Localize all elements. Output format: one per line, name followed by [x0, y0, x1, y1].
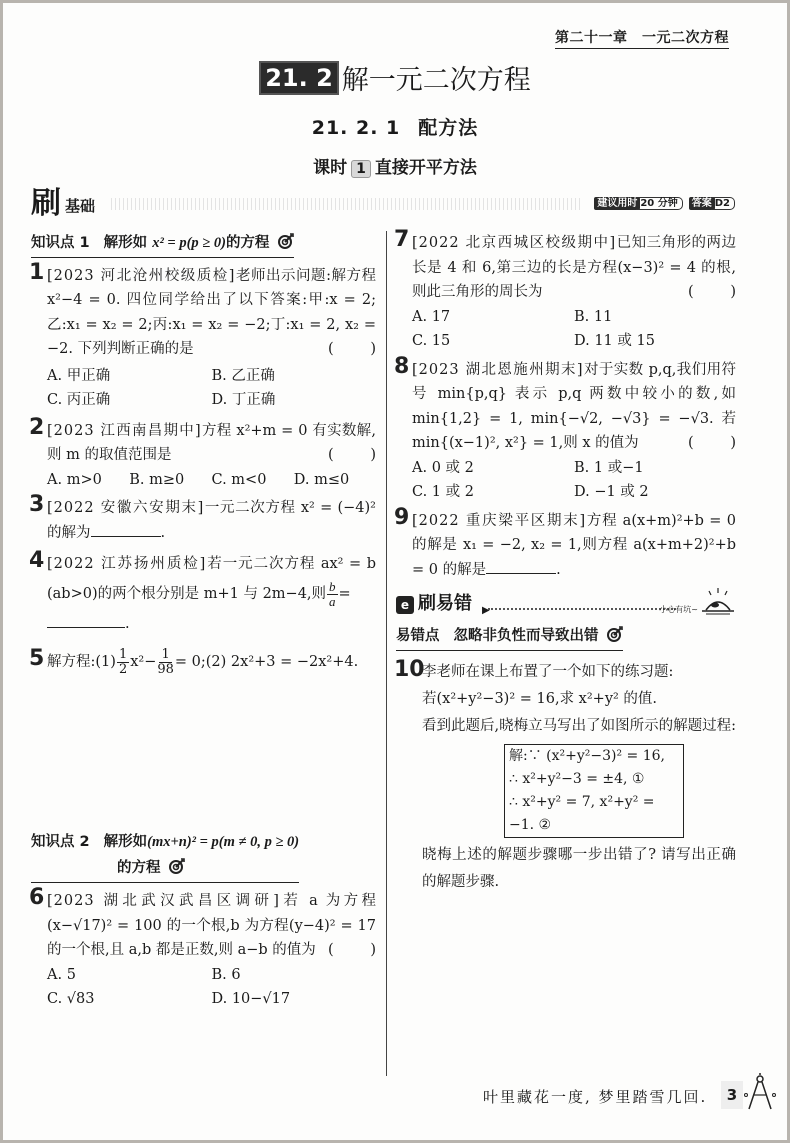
kp-label: 易错点: [396, 628, 440, 644]
kp-label: 知识点 2: [31, 834, 90, 850]
question-source: [2023 江西南昌期中]: [47, 423, 202, 439]
question-number: 9: [394, 506, 409, 531]
option-c[interactable]: C. m<0: [212, 468, 294, 493]
target-icon: [278, 233, 294, 249]
question-6: 6 [2023 湖北武汉武昌区调研]若 a 为方程(x−√17)² = 100 …: [31, 889, 376, 1012]
question-text: [2023 湖北恩施州期末]对于实数 p,q,我们用符号 min{p,q} 表示…: [412, 358, 736, 456]
solution-box: 解:∵ (x²+y²−3)² = 16, ∴ x²+y²−3 = ±4, ① ∴…: [504, 744, 684, 838]
answer-space[interactable]: [31, 679, 376, 829]
option-c[interactable]: C. 15: [412, 329, 574, 354]
answer-blank[interactable]: [486, 558, 556, 574]
question-number: 10: [394, 656, 425, 683]
kp-suffix: 的方程: [31, 860, 161, 876]
option-b[interactable]: B. m≥0: [129, 468, 211, 493]
sun-mascot-icon: [700, 586, 736, 616]
error-note: 小心有坑~: [659, 598, 698, 623]
answer-paren[interactable]: (): [328, 337, 376, 362]
compass-icon: [743, 1073, 777, 1113]
question-text: [2022 安徽六安期末]一元二次方程 x² = (−4)² 的解为.: [47, 496, 376, 545]
solution-line-3: ∴ x²+y² = 7, x²+y² = −1. ②: [509, 791, 679, 837]
target-icon: [607, 626, 623, 642]
option-a[interactable]: A. m>0: [47, 468, 129, 493]
question-text: [2023 江西南昌期中]方程 x²+m = 0 有实数解,则 m 的取值范围是…: [47, 419, 376, 468]
options: A. m>0 B. m≥0 C. m<0 D. m≤0: [47, 468, 376, 493]
kp-label: 知识点 1: [31, 235, 90, 251]
question-5: 5 解方程:(1)12x²−198= 0;(2) 2x²+3 = −2x²+4.: [31, 647, 376, 677]
kp-math: x² = p(p ≥ 0): [152, 235, 226, 251]
question-body-2: x²−: [130, 654, 156, 670]
question-text: 李老师在课上布置了一个如下的练习题: 若(x²+y²−3)² = 16,求 x²…: [422, 659, 736, 740]
question-body: 李老师在课上布置了一个如下的练习题:: [422, 659, 736, 686]
question-source: [2023 湖北恩施州期末]: [412, 362, 584, 378]
option-a[interactable]: A. 甲正确: [47, 364, 212, 389]
question-9: 9 [2022 重庆梁平区期末]方程 a(x+m)²+b = 0 的解是 x₁ …: [396, 509, 736, 583]
left-column: 知识点 1解形如 x² = p(p ≥ 0)的方程 1 [2023 河北沧州校级…: [31, 231, 376, 1014]
question-7: 7 [2022 北京西城区校级期中]已知三角形的两边长是 4 和 6,第三边的长…: [396, 231, 736, 354]
question-number: 3: [29, 493, 44, 518]
subsection-title: 21. 2. 1配方法: [3, 113, 787, 140]
question-text: [2023 湖北武汉武昌区调研]若 a 为方程(x−√17)² = 100 的一…: [47, 889, 376, 963]
brush-char: 刷: [31, 188, 61, 220]
arrow-icon: ▶: [482, 599, 490, 624]
question-body: 若一元二次方程 ax² = b: [206, 556, 376, 572]
question-source: [2022 重庆梁平区期末]: [412, 513, 586, 529]
question-number: 4: [29, 546, 44, 576]
section-label: 基础: [65, 195, 95, 216]
kp-suffix: 的方程: [226, 235, 270, 251]
option-d[interactable]: D. 10−√17: [212, 987, 377, 1012]
section-name: 解一元二次方程: [342, 65, 531, 96]
column-divider: [386, 231, 387, 1076]
question-text: [2022 重庆梁平区期末]方程 a(x+m)²+b = 0 的解是 x₁ = …: [412, 509, 736, 583]
knowledge-point-2-title: 知识点 2解形如(mx+n)² = p(m ≠ 0, p ≥ 0) 的方程: [31, 829, 299, 883]
error-point-title: 易错点忽略非负性而导致出错: [396, 624, 623, 651]
answer-blank[interactable]: [91, 521, 161, 537]
question-text: [2022 江苏扬州质检]若一元二次方程 ax² = b (ab>0)的两个根分…: [47, 549, 376, 639]
fraction-2: 198: [157, 648, 174, 677]
error-icon: e: [396, 596, 414, 614]
option-d[interactable]: D. 丁正确: [212, 388, 377, 413]
question-body-3: 看到此题后,晓梅立马写出了如图所示的解题过程:: [422, 713, 736, 740]
punct: .: [125, 616, 130, 632]
time-label: 建议用时: [594, 197, 640, 210]
option-b[interactable]: B. 6: [212, 963, 377, 988]
subsection-number: 21. 2. 1: [312, 117, 401, 139]
kp-prefix: 解形如: [104, 834, 148, 850]
kp-prefix: 解形如: [104, 235, 148, 251]
answer-blank[interactable]: [47, 612, 125, 628]
solution-line-1: 解:∵ (x²+y²−3)² = 16,: [509, 745, 679, 768]
option-b[interactable]: B. 11: [574, 305, 736, 330]
question-body-4: 晓梅上述的解题步骤哪一步出错了? 请写出正确的解题步骤.: [422, 842, 736, 896]
options: A. 0 或 2 B. 1 或−1 C. 1 或 2 D. −1 或 2: [412, 456, 736, 505]
option-c[interactable]: C. 1 或 2: [412, 480, 574, 505]
options: A. 甲正确 B. 乙正确 C. 丙正确 D. 丁正确: [47, 364, 376, 413]
answer-page: D2: [711, 197, 735, 210]
lesson-title: 课时1直接开平方法: [3, 153, 787, 178]
numerator: 1: [117, 648, 129, 663]
option-a[interactable]: A. 5: [47, 963, 212, 988]
option-a[interactable]: A. 0 或 2: [412, 456, 574, 481]
answer-paren[interactable]: (): [688, 280, 736, 305]
error-section-label: 刷易错: [418, 592, 472, 617]
denominator: 2: [119, 663, 127, 677]
option-d[interactable]: D. 11 或 15: [574, 329, 736, 354]
question-number: 1: [29, 261, 44, 286]
option-d[interactable]: D. −1 或 2: [574, 480, 736, 505]
punct: .: [161, 525, 166, 541]
question-1: 1 [2023 河北沧州校级质检]老师出示问题:解方程 x²−4 = 0. 四位…: [31, 264, 376, 413]
option-a[interactable]: A. 17: [412, 305, 574, 330]
right-column: 7 [2022 北京西城区校级期中]已知三角形的两边长是 4 和 6,第三边的长…: [396, 231, 736, 1018]
question-text: [2023 河北沧州校级质检]老师出示问题:解方程 x²−4 = 0. 四位同学…: [47, 264, 376, 362]
answer-paren[interactable]: (): [328, 938, 376, 963]
lesson-number-badge: 1: [351, 160, 371, 178]
kp-math: (mx+n)² = p(m ≠ 0, p ≥ 0): [147, 834, 299, 850]
answer-paren[interactable]: (): [328, 443, 376, 468]
question-4: 4 [2022 江苏扬州质检]若一元二次方程 ax² = b (ab>0)的两个…: [31, 549, 376, 639]
error-prone-banner: e 刷易错 ▶ 小心有坑~: [396, 592, 736, 620]
time-badges: 建议用时20 分钟 答案D2: [594, 194, 735, 209]
subsection-name: 配方法: [418, 117, 478, 139]
question-body-2: 若(x²+y²−3)² = 16,求 x²+y² 的值.: [422, 686, 736, 713]
question-text: [2022 北京西城区校级期中]已知三角形的两边长是 4 和 6,第三边的长是方…: [412, 231, 736, 305]
target-icon: [169, 858, 185, 874]
question-number: 8: [394, 355, 409, 380]
lesson-prefix: 课时: [313, 158, 347, 178]
question-source: [2023 湖北武汉武昌区调研]: [47, 893, 280, 909]
numerator: b: [327, 580, 338, 595]
option-c[interactable]: C. 丙正确: [47, 388, 212, 413]
question-number: 5: [29, 644, 44, 674]
question-body: 解方程:(1): [47, 654, 116, 670]
kp-title-text: 忽略非负性而导致出错: [454, 628, 599, 644]
question-body-2: (ab>0)的两个根分别是 m+1 与 2m−4,则: [47, 586, 326, 602]
question-10: 10 李老师在课上布置了一个如下的练习题: 若(x²+y²−3)² = 16,求…: [396, 659, 736, 896]
section-title: 21. 2解一元二次方程: [3, 58, 787, 97]
footer-quote: 叶里藏花一度, 梦里踏雪几回.: [483, 1086, 707, 1107]
option-c[interactable]: C. √83: [47, 987, 212, 1012]
question-body-3: = 0;(2) 2x²+3 = −2x²+4.: [175, 654, 358, 670]
options: A. 17 B. 11 C. 15 D. 11 或 15: [412, 305, 736, 354]
equals: =: [339, 586, 351, 602]
dotted-line: [488, 608, 676, 610]
question-number: 6: [29, 886, 44, 911]
question-number: 2: [29, 416, 44, 441]
question-source: [2022 江苏扬州质检]: [47, 556, 206, 572]
option-b[interactable]: B. 1 或−1: [574, 456, 736, 481]
question-number: 7: [394, 228, 409, 253]
solution-line-2: ∴ x²+y²−3 = ±4, ①: [509, 768, 679, 791]
option-d[interactable]: D. m≤0: [294, 468, 376, 493]
option-b[interactable]: B. 乙正确: [212, 364, 377, 389]
lesson-name: 直接开平方法: [375, 158, 477, 178]
question-source: [2022 北京西城区校级期中]: [412, 235, 616, 251]
answer-space[interactable]: [396, 898, 736, 1018]
denominator: 98: [157, 663, 174, 677]
basics-section-bar: 刷 基础 建议用时20 分钟 答案D2: [31, 188, 735, 220]
denominator: a: [329, 595, 336, 609]
answer-paren[interactable]: (): [688, 431, 736, 456]
question-source: [2023 河北沧州校级质检]: [47, 268, 235, 284]
brush-texture: [111, 198, 581, 210]
chapter-header: 第二十一章 一元二次方程: [555, 27, 729, 49]
section-number-badge: 21. 2: [259, 61, 339, 95]
question-8: 8 [2023 湖北恩施州期末]对于实数 p,q,我们用符号 min{p,q} …: [396, 358, 736, 505]
numerator: 1: [159, 648, 171, 663]
fraction-1: 12: [117, 648, 129, 677]
question-source: [2022 安徽六安期末]: [47, 500, 204, 516]
page-number: 3: [721, 1081, 743, 1109]
options: A. 5 B. 6 C. √83 D. 10−√17: [47, 963, 376, 1012]
question-2: 2 [2023 江西南昌期中]方程 x²+m = 0 有实数解,则 m 的取值范…: [31, 419, 376, 493]
question-3: 3 [2022 安徽六安期末]一元二次方程 x² = (−4)² 的解为.: [31, 496, 376, 545]
punct: .: [556, 562, 561, 578]
knowledge-point-1-title: 知识点 1解形如 x² = p(p ≥ 0)的方程: [31, 231, 294, 258]
fraction: ba: [327, 580, 338, 609]
question-text: 解方程:(1)12x²−198= 0;(2) 2x²+3 = −2x²+4.: [47, 647, 376, 677]
time-value: 20 分钟: [636, 197, 682, 210]
textbook-page: 第二十一章 一元二次方程 21. 2解一元二次方程 21. 2. 1配方法 课时…: [3, 3, 787, 1140]
